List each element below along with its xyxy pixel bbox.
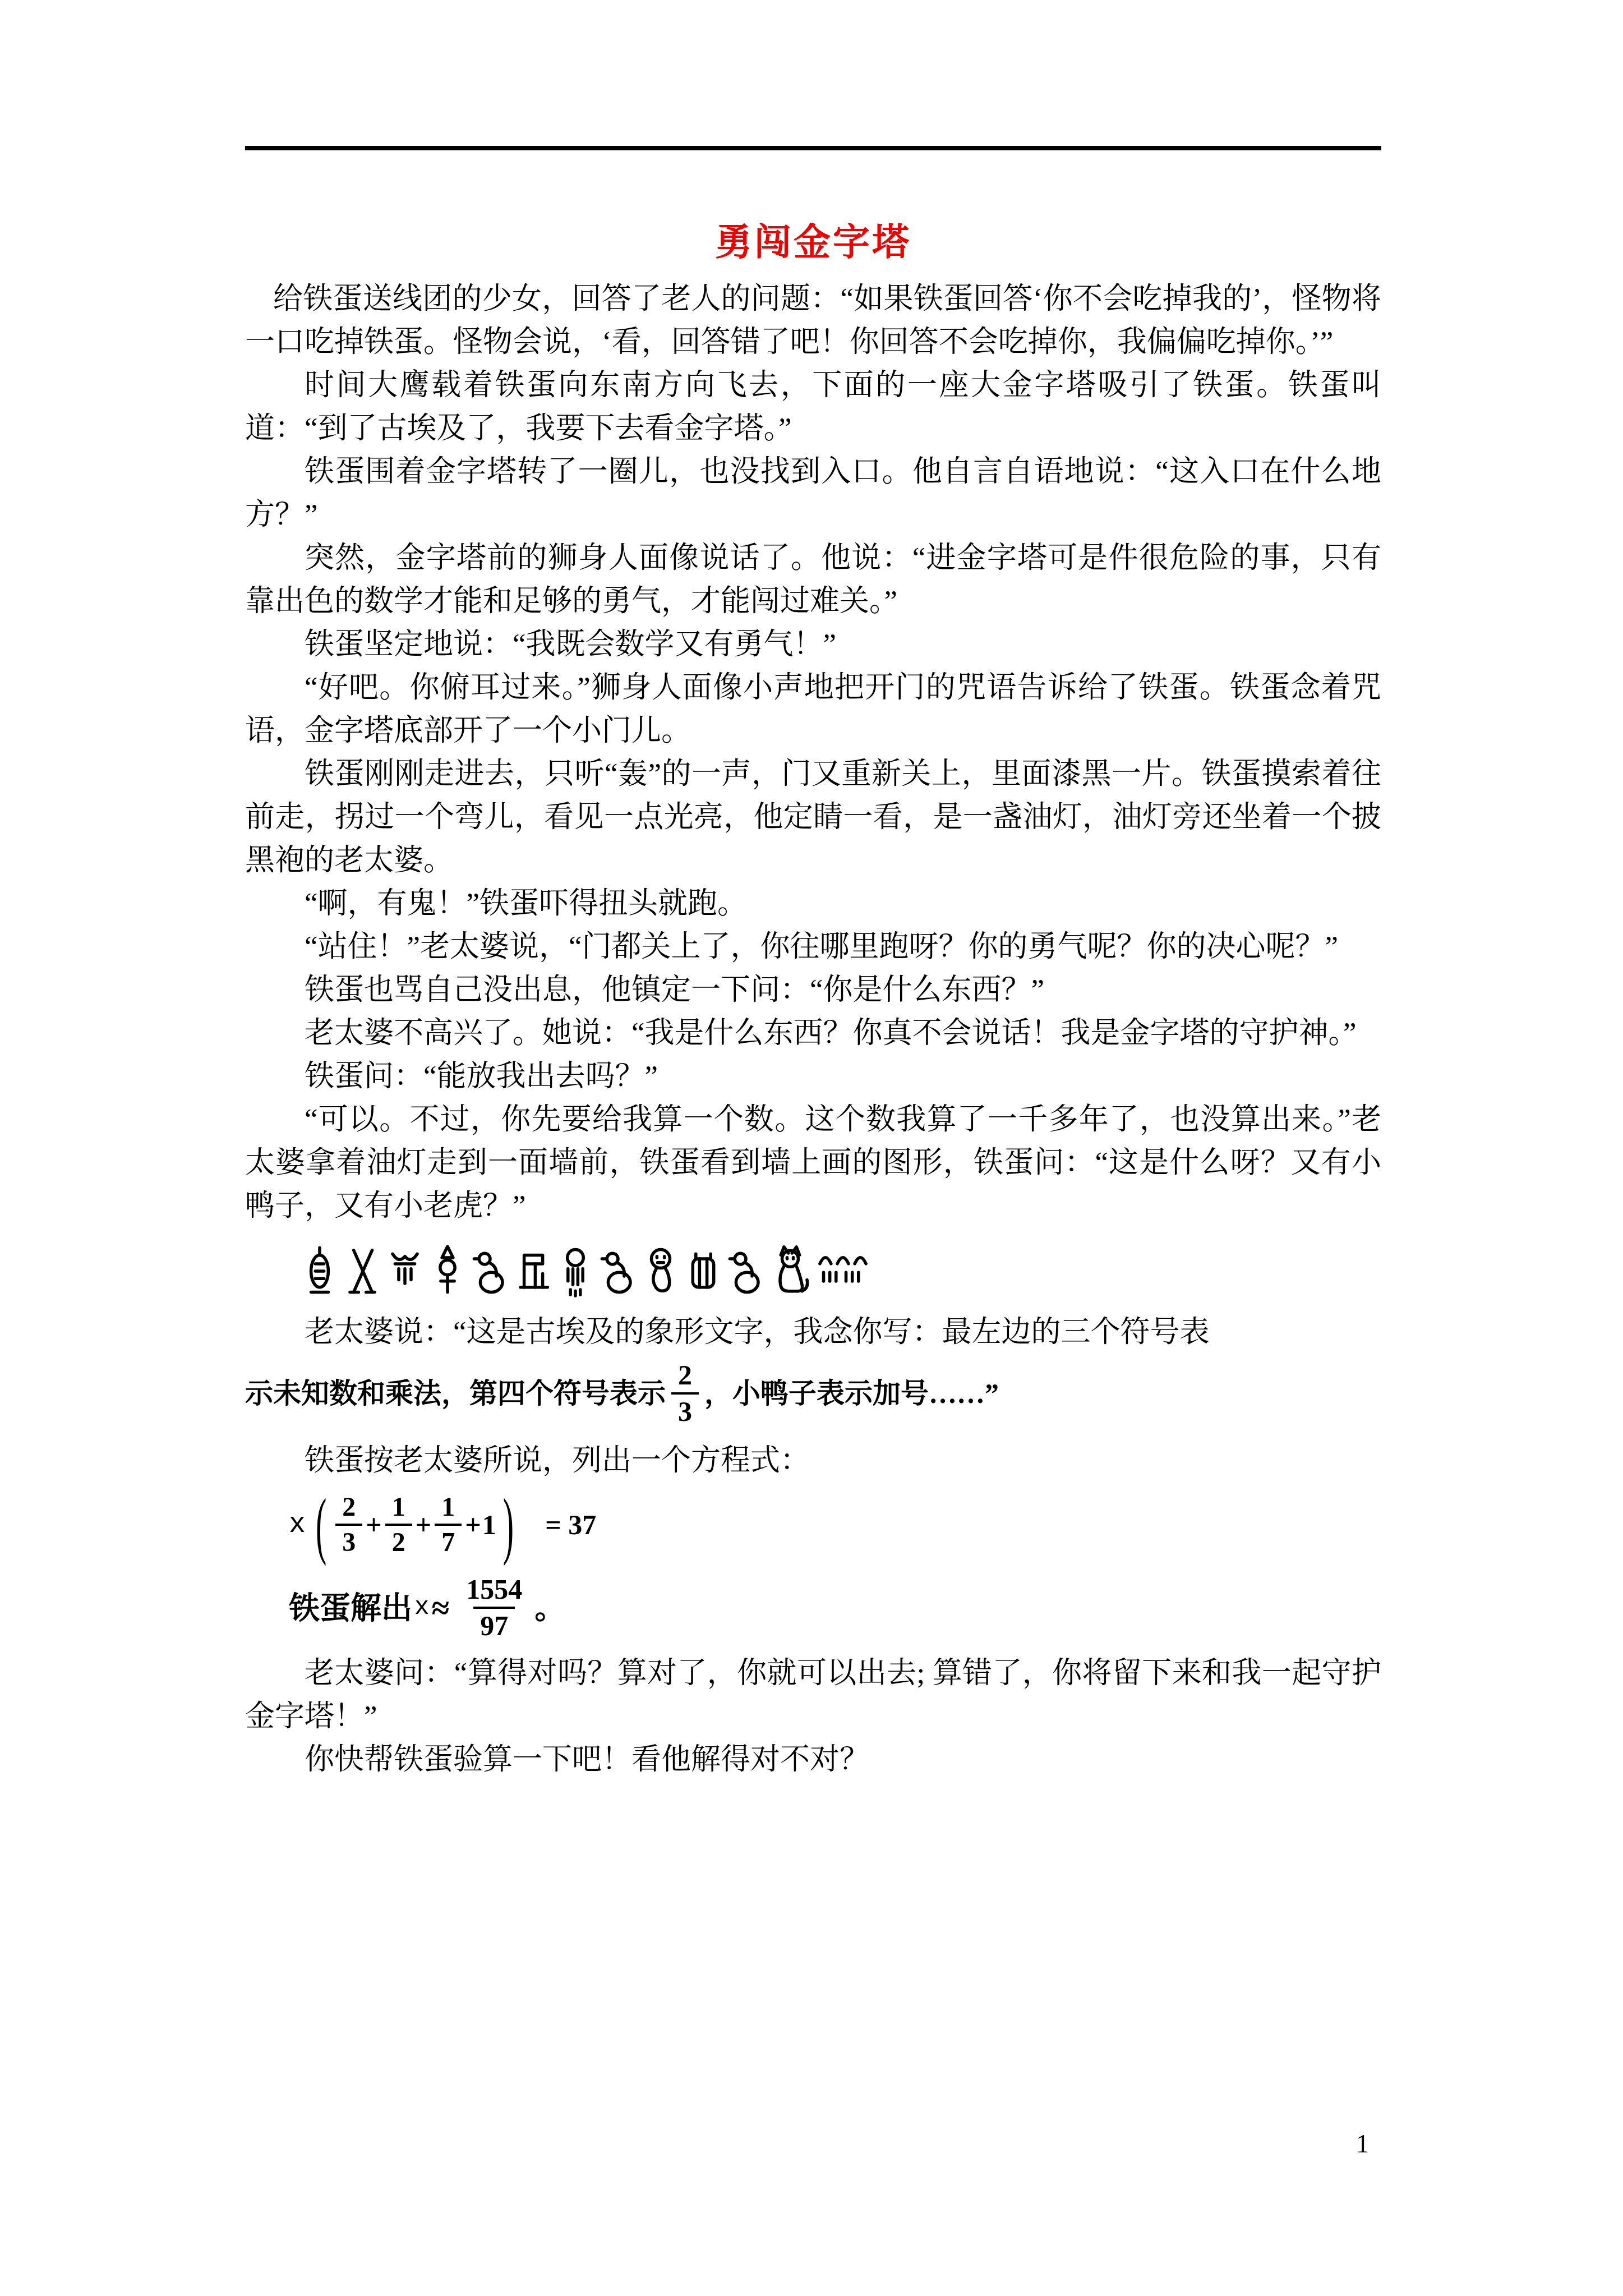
page-title: 勇闯金字塔 bbox=[245, 212, 1381, 260]
story-paragraph: “可以。不过，你先要给我算一个数。这个数我算了一千多年了，也没算出来。”老太婆拿… bbox=[245, 1098, 1381, 1228]
story-paragraph: 时间大鹰载着铁蛋向东南方向飞去，下面的一座大金字塔吸引了铁蛋。铁蛋叫道：“到了古… bbox=[245, 364, 1381, 450]
hieroglyph-sun-with-legs-icon bbox=[557, 1243, 594, 1299]
hint-text-before: 示未知数和乘法，第四个符号表示 bbox=[245, 1372, 666, 1415]
open-paren: ( bbox=[316, 1475, 326, 1574]
plus-sign: + bbox=[366, 1503, 382, 1547]
hieroglyphics-image bbox=[301, 1236, 1381, 1299]
story-paragraph: 突然，金字塔前的狮身人面像说话了。他说：“进金字塔可是件很危险的事，只有靠出色的… bbox=[245, 537, 1381, 623]
story-paragraph: 给铁蛋送线团的少女，回答了老人的问题：“如果铁蛋回答‘你不会吃掉我的’，怪物将一… bbox=[245, 278, 1381, 364]
fraction-denominator: 3 bbox=[335, 1524, 362, 1558]
fraction-two-thirds: 2 3 bbox=[671, 1359, 699, 1428]
hieroglyph-duckling-icon bbox=[600, 1243, 637, 1299]
story-paragraph: “好吧。你俯耳过来。”狮身人面像小声地把开门的咒语告诉给了铁蛋。铁蛋念着咒语，金… bbox=[245, 666, 1381, 753]
fraction-denominator: 3 bbox=[671, 1392, 699, 1428]
story-paragraph: 铁蛋坚定地说：“我既会数学又有勇气！” bbox=[245, 623, 1381, 666]
story-paragraph: “啊，有鬼！”铁蛋吓得扭头就跑。 bbox=[245, 882, 1381, 926]
hieroglyph-horned-stand-icon bbox=[386, 1243, 423, 1299]
page-number: 1 bbox=[1356, 2129, 1369, 2159]
fraction-denominator: 7 bbox=[435, 1524, 462, 1558]
equation-constant: 1 bbox=[482, 1503, 496, 1547]
fraction-denominator: 2 bbox=[385, 1524, 412, 1558]
solution-variable: x bbox=[414, 1586, 429, 1630]
story-paragraph: 老太婆问：“算得对吗？算对了，你就可以出去; 算错了，你将留下来和我一起守护金字… bbox=[245, 1652, 1381, 1738]
equation-result: = 37 bbox=[545, 1503, 596, 1547]
fraction-denominator: 97 bbox=[473, 1607, 515, 1642]
fraction-solution: 1554 97 bbox=[459, 1573, 529, 1642]
close-paren: ) bbox=[503, 1475, 514, 1574]
hieroglyph-ankh-staff-icon bbox=[429, 1243, 466, 1299]
story-paragraph: 铁蛋刚刚走进去，只听“轰”的一声，门又重新关上，里面漆黑一片。铁蛋摸索着往前走，… bbox=[245, 753, 1381, 882]
fraction-one-half: 1 2 bbox=[385, 1492, 412, 1558]
plus-sign: + bbox=[416, 1503, 432, 1547]
document-page: 勇闯金字塔 给铁蛋送线团的少女，回答了老人的问题：“如果铁蛋回答‘你不会吃掉我的… bbox=[0, 0, 1623, 2296]
hieroglyph-seat-throne-icon bbox=[514, 1243, 551, 1299]
equation-variable: x bbox=[289, 1503, 306, 1547]
fraction-numerator: 2 bbox=[335, 1492, 362, 1524]
fraction-one-seventh: 1 7 bbox=[435, 1492, 462, 1558]
story-paragraph: 铁蛋也骂自己没出息，他镇定一下问：“你是什么东西？” bbox=[245, 969, 1381, 1012]
fraction-two-thirds: 2 3 bbox=[335, 1492, 362, 1558]
solution-prefix: 铁蛋解出 bbox=[289, 1586, 412, 1630]
hieroglyph-duckling-icon bbox=[472, 1243, 509, 1299]
fraction-numerator: 2 bbox=[671, 1359, 699, 1393]
story-paragraph: 铁蛋围着金字塔转了一圈儿，也没找到入口。他自言自语地说：“这入口在什么地方？” bbox=[245, 450, 1381, 537]
story-body: 给铁蛋送线团的少女，回答了老人的问题：“如果铁蛋回答‘你不会吃掉我的’，怪物将一… bbox=[245, 278, 1381, 1782]
hieroglyph-crossed-sticks-icon bbox=[344, 1243, 381, 1299]
hieroglyph-round-head-figure-icon bbox=[642, 1243, 679, 1299]
fraction-numerator: 1 bbox=[385, 1492, 412, 1524]
story-paragraph: 老太婆说：“这是古埃及的象形文字，我念你写：最左边的三个符号表 bbox=[245, 1311, 1381, 1354]
header-rule bbox=[245, 146, 1381, 150]
fraction-numerator: 1554 bbox=[459, 1573, 529, 1607]
story-paragraph: “站住！”老太婆说，“门都关上了，你往哪里跑呀？你的勇气呢？你的决心呢？” bbox=[245, 926, 1381, 969]
plus-sign: + bbox=[465, 1503, 481, 1547]
fraction-numerator: 1 bbox=[435, 1492, 462, 1524]
hint-text-after: ，小鸭子表示加号……” bbox=[704, 1372, 999, 1415]
solution-period: 。 bbox=[534, 1586, 565, 1630]
story-paragraph: 老太婆不高兴了。她说：“我是什么东西？你真不会说话！我是金字塔的守护神。” bbox=[245, 1012, 1381, 1055]
equation: x ( 2 3 + 1 2 + 1 7 + 1 ) = 37 bbox=[289, 1483, 1381, 1567]
hieroglyph-sitting-cat-icon bbox=[770, 1243, 810, 1299]
hieroglyph-vase-figure-icon bbox=[301, 1243, 338, 1299]
story-paragraph: 铁蛋按老太婆所说，列出一个方程式： bbox=[245, 1439, 1381, 1483]
hieroglyph-water-ripples-icon bbox=[816, 1243, 870, 1299]
approx-sign: ≈ bbox=[431, 1586, 449, 1630]
hieroglyph-basket-icon bbox=[685, 1243, 722, 1299]
solution-line: 铁蛋解出 x ≈ 1554 97 。 bbox=[289, 1571, 1381, 1644]
story-paragraph: 你快帮铁蛋验算一下吧！看他解得对不对？ bbox=[245, 1738, 1381, 1782]
hieroglyph-duckling-icon bbox=[727, 1243, 764, 1299]
hieroglyph-hint-line: 示未知数和乘法，第四个符号表示 2 3 ，小鸭子表示加号……” bbox=[245, 1354, 1381, 1433]
story-paragraph: 铁蛋问：“能放我出去吗？” bbox=[245, 1055, 1381, 1098]
